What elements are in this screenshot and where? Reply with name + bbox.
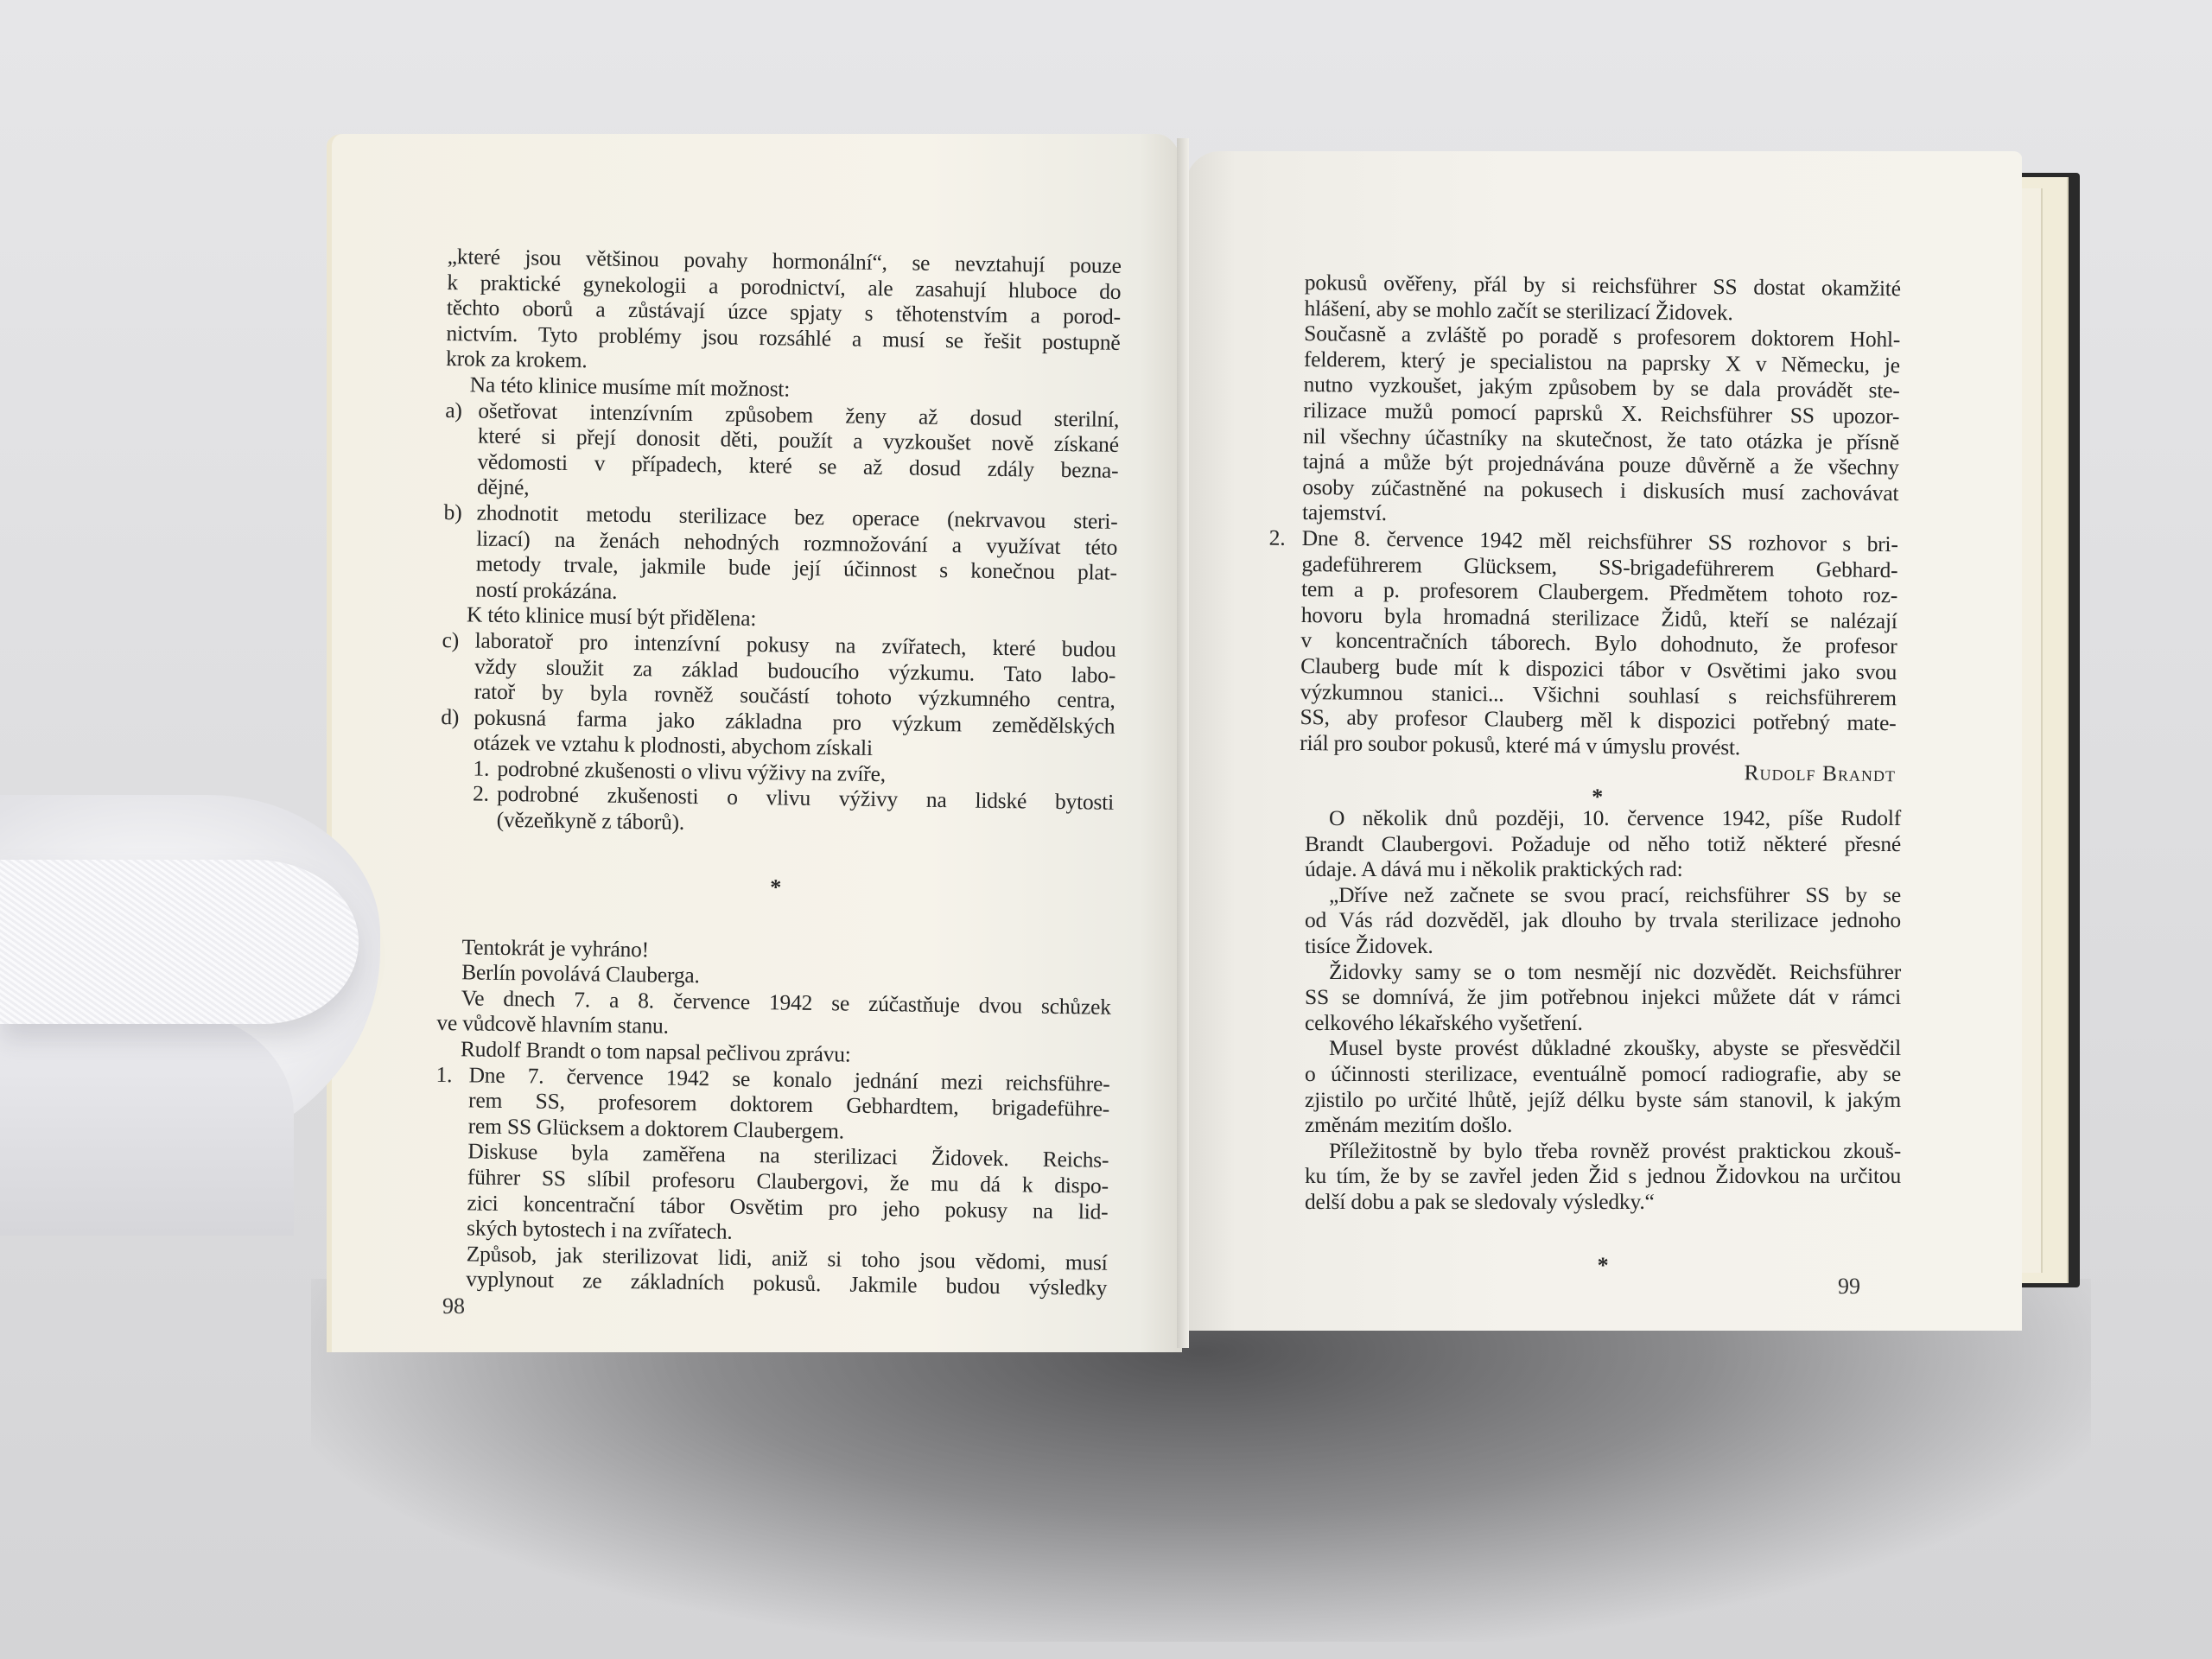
list-label: d): [441, 704, 474, 730]
list-label: 1.: [473, 755, 497, 781]
section-separator-star: *: [1305, 1253, 1901, 1279]
text-line: Židovky samy se o tom nesmějí nic dozvěd…: [1305, 959, 1901, 985]
text-line: údaje. A dává mu i několik praktických r…: [1305, 856, 1901, 882]
right-page-text-lower: O několik dnů později, 10. července 1942…: [1305, 805, 1901, 1279]
list-label: 2.: [1269, 525, 1302, 551]
text-line: „Dříve než začnete se svou prací, reichs…: [1305, 882, 1901, 908]
text-line: delší dobu a pak se sledovaly výsledky.“: [1305, 1189, 1901, 1215]
text-line: celkového lékařského vyšetření.: [1305, 1010, 1901, 1036]
text-line: ku tím, že by se zavřel jeden Žid s jedn…: [1305, 1163, 1901, 1189]
right-page-text: pokusů ověřeny, přál by si reichsführer …: [1299, 270, 1900, 813]
list-label: a): [445, 397, 478, 423]
text-line: Musel byste provést důkladné zkoušky, ab…: [1305, 1035, 1901, 1061]
text-line: SS se domnívá, že jim potřebnou injekci …: [1305, 984, 1901, 1010]
text-line: tisíce Židovek.: [1305, 933, 1901, 959]
left-page-text: „které jsou většinou povahy hormonální“,…: [433, 244, 1122, 1301]
text-line: Příležitostně by bylo třeba rovněž prové…: [1305, 1138, 1901, 1164]
list-label: c): [442, 627, 474, 653]
text-line: zjistilo po určité lhůtě, jejíž délku by…: [1305, 1087, 1901, 1113]
page-number-left: 98: [442, 1294, 465, 1319]
text-line: Brandt Claubergovi. Požaduje od něho tot…: [1305, 831, 1901, 857]
white-glove-finger: [0, 860, 359, 1024]
list-label: 2.: [473, 781, 497, 807]
page-number-right: 99: [1838, 1274, 1860, 1300]
list-label: 1.: [435, 1062, 468, 1088]
list-label: b): [443, 499, 476, 525]
text-line: o účinnosti sterilizace, eventuálně pomo…: [1305, 1061, 1901, 1087]
text-line: od Vás rád dozvěděl, jak dlouho by trval…: [1305, 907, 1901, 933]
text-line: změnám mezitím došlo.: [1305, 1112, 1901, 1138]
white-glove-palm: [0, 1011, 294, 1236]
text-line: O několik dnů později, 10. července 1942…: [1305, 805, 1901, 831]
book-gutter: [1177, 138, 1189, 1348]
